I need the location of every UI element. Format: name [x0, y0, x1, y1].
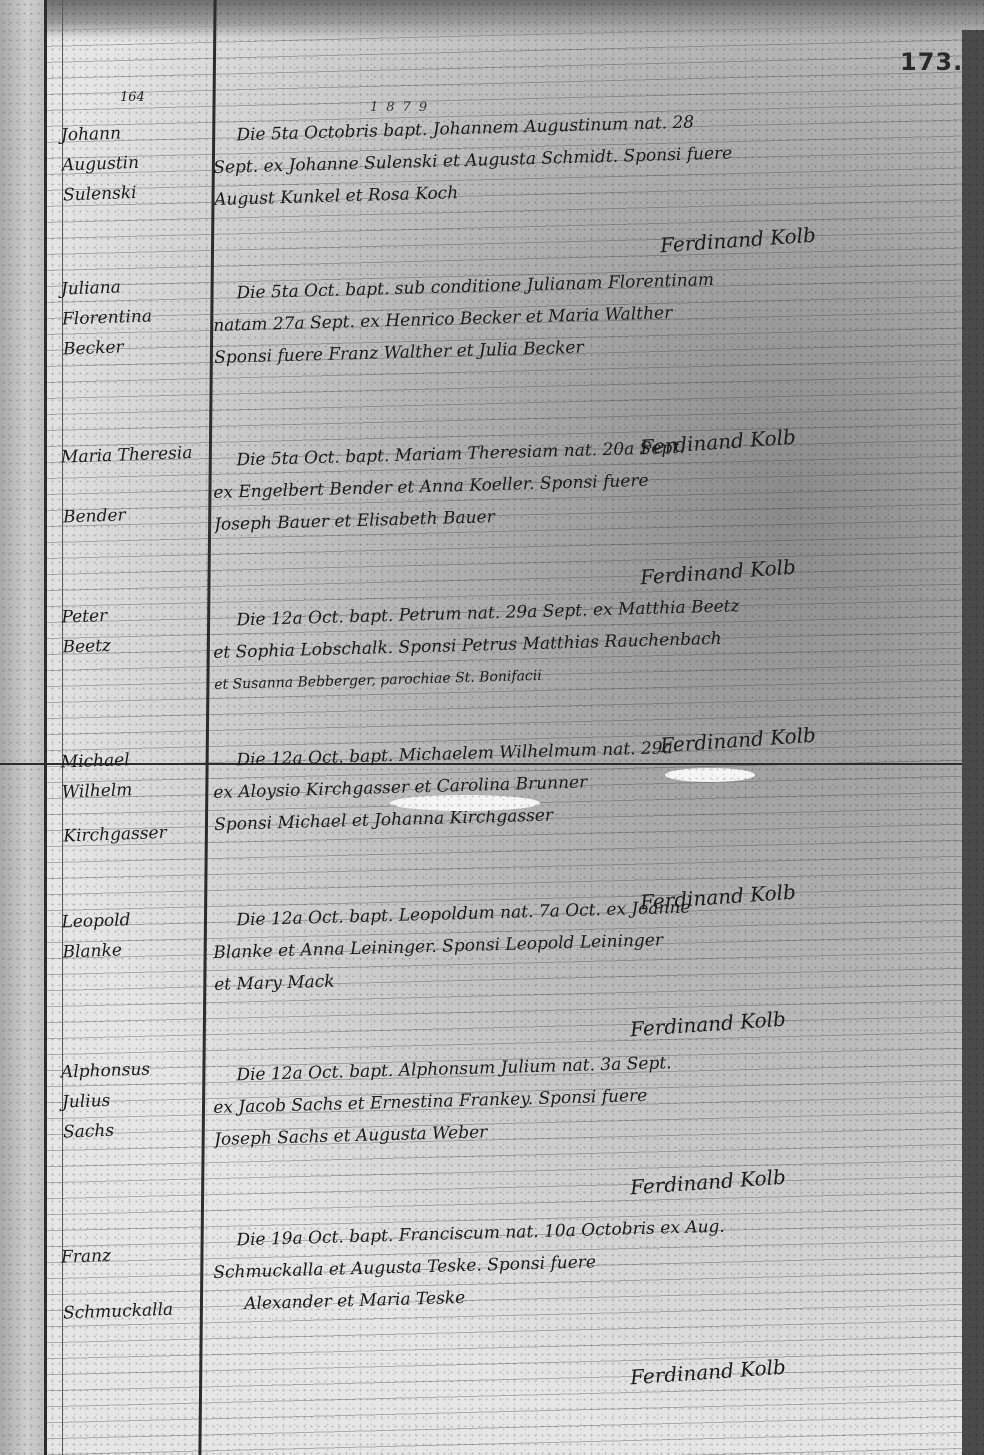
name-line: Blanke	[62, 932, 208, 967]
name-line: Sachs	[63, 1112, 209, 1147]
register-page: 173. 164 1879 Johann Augustin Sulenski D…	[0, 0, 984, 1455]
entry-name: Johann Augustin Sulenski	[60, 115, 208, 210]
paper-tear	[390, 795, 540, 811]
priest-signature: Ferdinand Kolb	[659, 223, 816, 258]
name-line: Wilhelm	[61, 772, 207, 807]
margin-rule	[62, 0, 63, 1455]
entry-record: Die 12a Oct. bapt. Petrum nat. 29a Sept.…	[212, 584, 964, 701]
entry-name: Maria Theresia Bender	[60, 437, 208, 532]
priest-signature: Ferdinand Kolb	[629, 1007, 786, 1042]
name-line: Becker	[63, 329, 209, 364]
name-line: Bender	[63, 497, 209, 532]
name-line: Beetz	[62, 627, 208, 662]
entry-record: Die 5ta Octobris bapt. Johannem Augustin…	[212, 99, 964, 216]
entry-record: Die 12a Oct. bapt. Leopoldum nat. 7a Oct…	[212, 884, 964, 1001]
entry-name: Leopold Blanke	[61, 902, 208, 967]
page-number: 173.	[900, 48, 963, 76]
paper-tear	[665, 768, 755, 782]
name-line: Franz	[61, 1237, 207, 1272]
entry-name: Alphonsus Julius Sachs	[60, 1052, 208, 1147]
entry-number: 164	[120, 90, 145, 105]
name-line: Schmuckalla	[62, 1293, 208, 1328]
scan-top-shadow	[0, 0, 984, 40]
priest-signature: Ferdinand Kolb	[629, 1355, 786, 1390]
scan-right-edge	[962, 30, 984, 1455]
name-line: Sulenski	[63, 175, 209, 210]
entry-record: Die 12a Oct. bapt. Michaelem Wilhelmum n…	[212, 724, 964, 841]
entry-name: Juliana Florentina Becker	[60, 269, 208, 364]
entry-name: Peter Beetz	[61, 597, 208, 662]
entry-name: Franz Schmuckalla	[61, 1237, 209, 1328]
name-line: Maria Theresia	[60, 437, 206, 472]
entry-record: Die 5ta Oct. bapt. sub conditione Julian…	[212, 257, 964, 374]
entry-record: Die 12a Oct. bapt. Alphonsum Julium nat.…	[212, 1039, 964, 1156]
entry-name: Michael Wilhelm Kirchgasser	[60, 743, 209, 852]
binding-rule	[44, 0, 47, 1455]
priest-signature: Ferdinand Kolb	[639, 555, 796, 590]
priest-signature: Ferdinand Kolb	[629, 1165, 786, 1200]
entry-record: Die 19a Oct. bapt. Franciscum nat. 10a O…	[212, 1204, 964, 1321]
entry-record: Die 5ta Oct. bapt. Mariam Theresiam nat.…	[212, 424, 964, 541]
name-line: Kirchgasser	[63, 816, 209, 851]
year-mark: 1879	[370, 100, 435, 115]
binding-margin	[0, 0, 46, 1455]
